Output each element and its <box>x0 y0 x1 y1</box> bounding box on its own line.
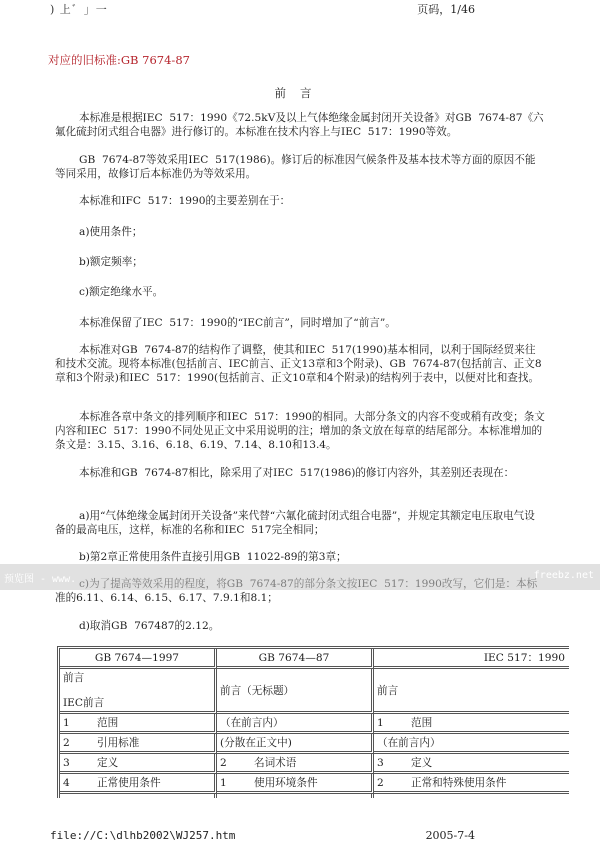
table-row: 4正常使用条件 1使用环境条件 2正常和特殊使用条件 <box>60 774 569 794</box>
paragraph: 本标准保留了IEC 517：1990的“IEC前言”，同时增加了“前言”。 <box>55 316 545 330</box>
paragraph: 本标准对GB 7674-87的结构作了调整，使其和IEC 517(1990)基本… <box>55 343 545 385</box>
table-row: 1范围 （在前言内） 1范围 <box>60 714 569 734</box>
paragraph: GB 7674-87等效采用IEC 517(1986)。修订后的标准因气候条件及… <box>55 153 545 181</box>
table-cell: 4正常使用条件 <box>60 774 217 794</box>
paragraph: 本标准各章中条文的排列顺序和IEC 517：1990的相同。大部分条文的内容不变… <box>55 410 545 452</box>
table-row: 3定义 2名词术语 3定义 <box>60 754 569 774</box>
table-cell: 2名词术语 <box>217 754 374 774</box>
table-cell: 2正常和特殊使用条件 <box>374 774 569 794</box>
cell-line: IEC前言 <box>63 695 211 710</box>
table-header-cell: GB 7674—87 <box>217 649 374 669</box>
list-item: d)取消GB 767487的2.12。 <box>55 619 545 633</box>
cell-line: 前言 <box>63 670 211 685</box>
table-cell <box>217 794 374 798</box>
table-cell: 2引用标准 <box>60 734 217 754</box>
page-number: 页码，1/46 <box>417 1 475 17</box>
table-cell <box>374 794 569 798</box>
watermark-band: 预览图 - www. freebz.net <box>0 564 600 590</box>
list-item: a)用“气体绝缘金属封闭开关设备”来代替“六氟化硫封闭式组合电器”，并规定其额定… <box>55 509 545 537</box>
table-cell: （在前言内） <box>217 714 374 734</box>
table-header-cell: IEC 517：1990 <box>374 649 569 669</box>
comparison-table: GB 7674—1997 GB 7674—87 IEC 517：1990 前言 … <box>57 646 569 798</box>
paragraph: 本标准和GB 7674-87相比，除采用了对IEC 517(1986)的修订内容… <box>55 466 545 480</box>
list-item: c)额定绝缘水平。 <box>79 285 545 299</box>
section-title: 前言 <box>0 85 600 101</box>
list-item: b)第2章正常使用条件直接引用GB 11022-89的第3章； <box>55 550 545 564</box>
table-header-row: GB 7674—1997 GB 7674—87 IEC 517：1990 <box>60 649 569 669</box>
watermark-text-right: freebz.net <box>534 570 594 581</box>
table-cell: 前言（无标题） <box>217 669 374 714</box>
old-standard-link[interactable]: 对应的旧标准:GB 7674-87 <box>48 52 190 68</box>
list-item: a)使用条件； <box>79 225 545 239</box>
table-row: 前言 IEC前言 前言（无标题） 前言 <box>60 669 569 714</box>
table-cell <box>60 794 217 798</box>
table-cell: 3定义 <box>374 754 569 774</box>
file-path: file://C:\dlhb2002\WJ257.htm <box>50 829 235 842</box>
page-header-left: ) 上゛」一 <box>50 1 108 17</box>
table-cell: 前言 <box>374 669 569 714</box>
print-date: 2005-7-4 <box>426 829 475 842</box>
table-cell: (分散在正文中) <box>217 734 374 754</box>
paragraph: 本标准是根据IEC 517：1990《72.5kV及以上气体绝缘金属封闭开关设备… <box>55 111 545 139</box>
paragraph: 本标准和IFC 517：1990的主要差别在于： <box>55 194 545 208</box>
table-row-partial <box>60 794 569 798</box>
table-header-cell: GB 7674—1997 <box>60 649 217 669</box>
table-cell: 1范围 <box>374 714 569 734</box>
watermark-text-left: 预览图 - www. <box>4 570 76 585</box>
table-row: 2引用标准 (分散在正文中) （在前言内） <box>60 734 569 754</box>
table-cell: 前言 IEC前言 <box>60 669 217 714</box>
table-cell: 1使用环境条件 <box>217 774 374 794</box>
table-cell: 1范围 <box>60 714 217 734</box>
list-item: b)额定频率； <box>79 255 545 269</box>
table-cell: （在前言内） <box>374 734 569 754</box>
table-cell: 3定义 <box>60 754 217 774</box>
